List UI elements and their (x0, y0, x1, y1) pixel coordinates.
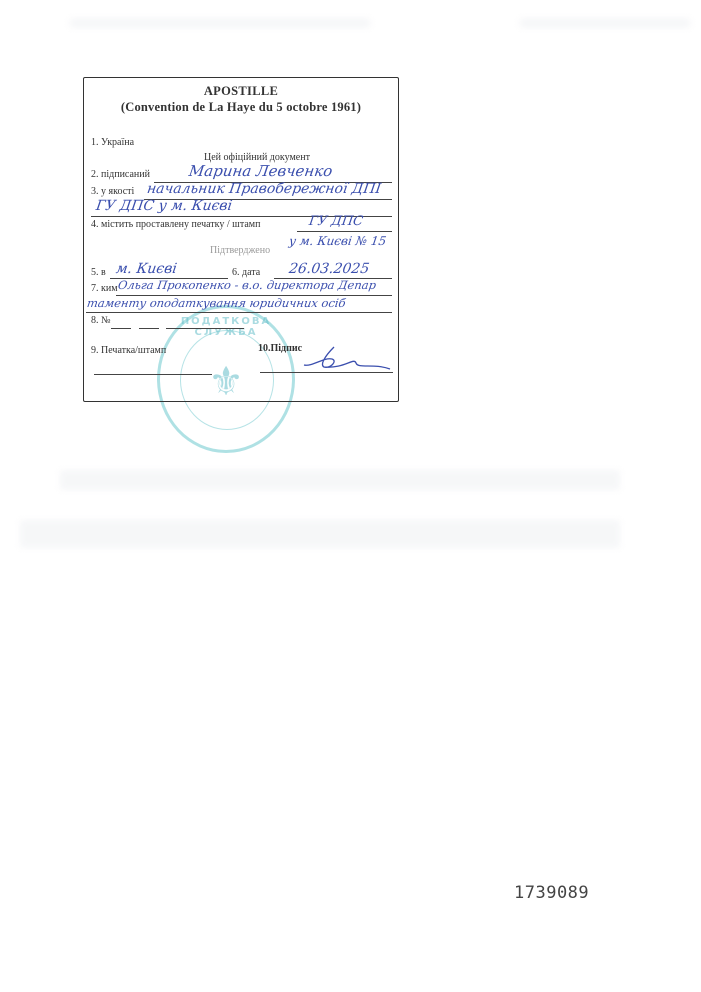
field-signed-by-value: Марина Левченко (188, 162, 334, 180)
field-date-value: 26.03.2025 (288, 261, 370, 277)
number-line-1 (111, 328, 131, 329)
field-by-whom-value-1: Ольга Прокопенко - в.о. директора Депар (117, 278, 377, 292)
seal-line (297, 231, 392, 232)
form-subtitle: (Convention de La Haye du 5 octobre 1961… (84, 100, 398, 115)
field-number-label: 8. № (91, 315, 111, 326)
field-capacity-label: 3. у якості (91, 186, 134, 197)
field-by-whom-value-2: таменту оподаткування юридичних осіб (86, 296, 347, 310)
certified-text: Підтверджено (210, 245, 270, 256)
field-seal-value-2: у м. Києві № 15 (288, 234, 387, 248)
signature-icon (294, 343, 394, 375)
field-seal-label: 4. містить проставлену печатку / штамп (91, 219, 260, 230)
number-line-2 (139, 328, 159, 329)
field-seal-value-1: ГУ ДПС (308, 214, 364, 229)
field-date-label: 6. дата (232, 267, 260, 278)
field-signed-by-label: 2. підписаний (91, 169, 150, 180)
field-stamp-label: 9. Печатка/штамп (91, 345, 166, 356)
field-capacity-value-1: начальник Правобережної ДПІ (146, 181, 382, 197)
stamp-line (94, 374, 212, 375)
form-title: APOSTILLE (84, 84, 398, 99)
document-number: 1739089 (514, 883, 589, 903)
field-country-label: 1. Україна (91, 137, 134, 148)
field-by-whom-label: 7. ким (91, 283, 118, 294)
field-capacity-value-2: ГУ ДПС у м. Києві (95, 198, 233, 214)
number-line-3 (166, 328, 244, 329)
by-whom-line-2 (86, 312, 392, 313)
apostille-form: APOSTILLE (Convention de La Haye du 5 oc… (83, 77, 399, 402)
field-place-label: 5. в (91, 267, 106, 278)
field-place-value: м. Києві (115, 261, 178, 277)
